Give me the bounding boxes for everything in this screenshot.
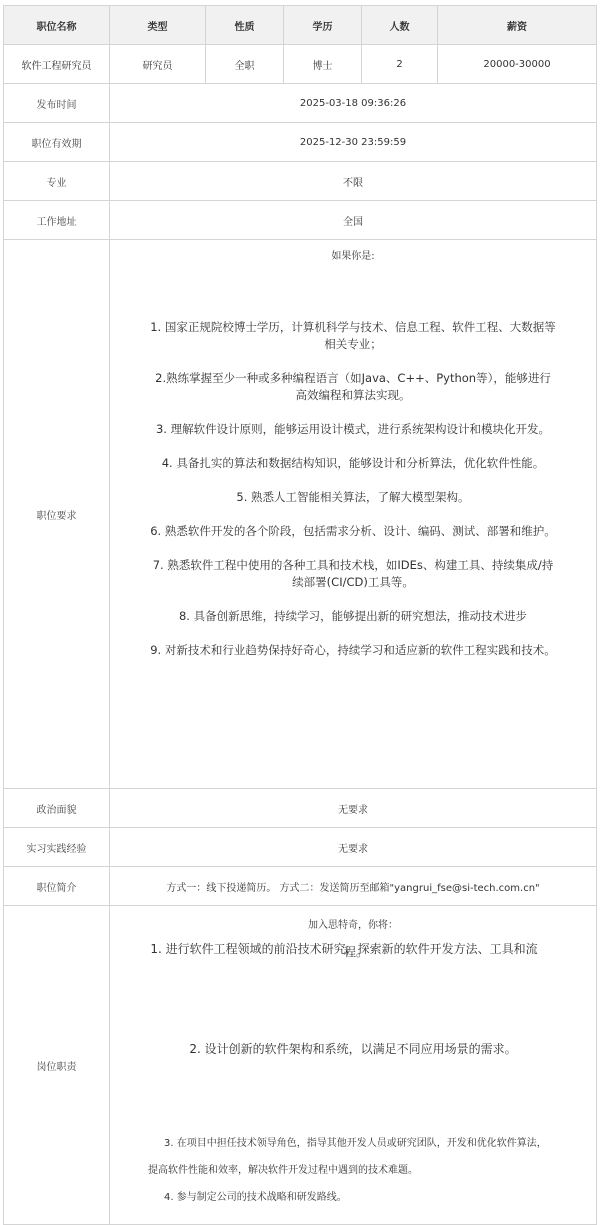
duties-intro: 加入思特奇，你将： (110, 916, 596, 931)
location-value: 全国 (110, 201, 597, 240)
political-value: 无要求 (110, 789, 597, 828)
job-title: 软件工程研究员 (4, 45, 110, 84)
requirements-row: 职位要求 如果你是: 1. 国家正规院校博士学历，计算机科学与技术、信息工程、软… (4, 240, 597, 789)
requirement-item: 8. 具备创新思维，持续学习，能够提出新的研究想法，推动技术进步 (150, 608, 556, 625)
publish-time-row: 发布时间 2025-03-18 09:36:26 (4, 84, 597, 123)
major-value: 不限 (110, 162, 597, 201)
internship-row: 实习实践经验 无要求 (4, 828, 597, 867)
intro-value: 方式一：线下投递简历。 方式二：发送简历至邮箱"yangrui_fse@si-t… (110, 867, 597, 906)
job-salary: 20000-30000 (438, 45, 597, 84)
publish-time-label: 发布时间 (4, 84, 110, 123)
requirements-label: 职位要求 (4, 240, 110, 789)
header-nature: 性质 (206, 6, 284, 45)
major-label: 专业 (4, 162, 110, 201)
publish-time-value: 2025-03-18 09:36:26 (110, 84, 597, 123)
duty-item: 2. 设计创新的软件架构和系统，以满足不同应用场景的需求。 (110, 1040, 596, 1057)
location-label: 工作地址 (4, 201, 110, 240)
header-row: 职位名称 类型 性质 学历 人数 薪资 (4, 6, 597, 45)
job-type: 研究员 (110, 45, 206, 84)
header-education: 学历 (284, 6, 362, 45)
internship-label: 实习实践经验 (4, 828, 110, 867)
duty-item: 1. 进行软件工程领域的前沿技术研究，探索新的软件开发方法、工具和流 程。 (132, 942, 556, 956)
duties-label: 岗位职责 (4, 906, 110, 1223)
job-detail-table: 职位名称 类型 性质 学历 人数 薪资 软件工程研究员 研究员 全职 博士 2 … (3, 5, 597, 1222)
valid-until-row: 职位有效期 2025-12-30 23:59:59 (4, 123, 597, 162)
summary-row: 软件工程研究员 研究员 全职 博士 2 20000-30000 (4, 45, 597, 84)
requirement-item: 9. 对新技术和行业趋势保持好奇心，持续学习和适应新的软件工程实践和技术。 (150, 642, 556, 659)
job-count: 2 (362, 45, 438, 84)
political-label: 政治面貌 (4, 789, 110, 828)
requirement-item: 2.熟练掌握至少一种或多种编程语言（如Java、C++、Python等），能够进… (150, 370, 556, 404)
header-type: 类型 (110, 6, 206, 45)
major-row: 专业 不限 (4, 162, 597, 201)
valid-until-value: 2025-12-30 23:59:59 (110, 123, 597, 162)
header-count: 人数 (362, 6, 438, 45)
internship-value: 无要求 (110, 828, 597, 867)
intro-label: 职位简介 (4, 867, 110, 906)
requirement-item: 5. 熟悉人工智能相关算法，了解大模型架构。 (150, 489, 556, 506)
duties-row: 岗位职责 加入思特奇，你将： 1. 进行软件工程领域的前沿技术研究，探索新的软件… (4, 906, 597, 1223)
political-row: 政治面貌 无要求 (4, 789, 597, 828)
duties-content: 加入思特奇，你将： 1. 进行软件工程领域的前沿技术研究，探索新的软件开发方法、… (110, 906, 597, 1223)
intro-row: 职位简介 方式一：线下投递简历。 方式二：发送简历至邮箱"yangrui_fse… (4, 867, 597, 906)
duty-item-overflow: 程。 (344, 945, 368, 959)
requirement-item: 4. 具备扎实的算法和数据结构知识，能够设计和分析算法，优化软件性能。 (150, 455, 556, 472)
requirements-content: 如果你是: 1. 国家正规院校博士学历，计算机科学与技术、信息工程、软件工程、大… (110, 240, 597, 789)
location-row: 工作地址 全国 (4, 201, 597, 240)
job-education: 博士 (284, 45, 362, 84)
duty-item: 4. 参与制定公司的技术战略和研发路线。 (164, 1188, 347, 1203)
valid-until-label: 职位有效期 (4, 123, 110, 162)
requirement-item: 1. 国家正规院校博士学历，计算机科学与技术、信息工程、软件工程、大数据等相关专… (150, 319, 556, 353)
duty-item: 3. 在项目中担任技术领导角色，指导其他开发人员或研究团队，开发和优化软件算法，… (148, 1130, 556, 1184)
header-title: 职位名称 (4, 6, 110, 45)
requirement-item: 6. 熟悉软件开发的各个阶段，包括需求分析、设计、编码、测试、部署和维护。 (150, 523, 556, 540)
job-nature: 全职 (206, 45, 284, 84)
requirements-intro: 如果你是: (150, 248, 556, 265)
requirement-item: 7. 熟悉软件工程中使用的各种工具和技术栈，如IDEs、构建工具、持续集成/持续… (150, 557, 556, 591)
header-salary: 薪资 (438, 6, 597, 45)
requirement-item: 3. 理解软件设计原则，能够运用设计模式，进行系统架构设计和模块化开发。 (150, 421, 556, 438)
